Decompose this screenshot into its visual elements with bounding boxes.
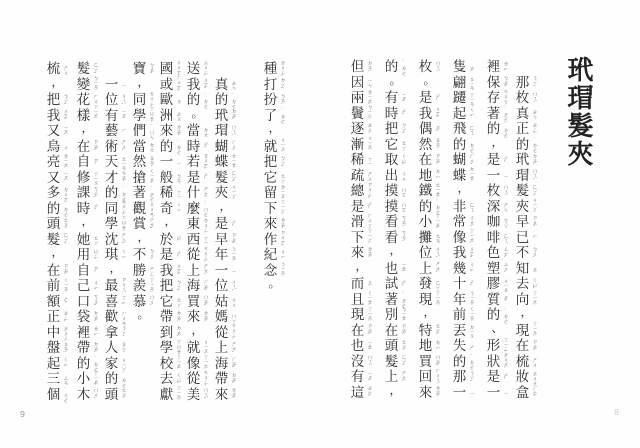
zhuyin-annotation: ㄎㄡˇ [91,295,99,311]
hanzi: 花 [76,93,91,109]
hanzi: 裡 [76,326,91,342]
char-cell: ， [46,248,72,264]
zhuyin-annotation: ㄕˊ [399,109,407,120]
hanzi: 存 [486,91,501,107]
zhuyin-annotation: ㄗㄞˋ [433,153,441,169]
zhuyin-annotation: ㄓㄣ [530,109,538,119]
zhuyin-annotation: ˙ㄍㄜ [61,388,69,404]
text-column: 隻ㄓ翩ㄆㄧㄢ躚ㄒㄧㄢ起ㄑㄧˇ飛ㄈㄟ的˙ㄉㄜ蝴ㄏㄨˊ蝶ㄉㄧㄝˊ，非ㄈㄟ常ㄔㄤˊ像ㄒ… [452,60,478,401]
char-cell: 頭ㄊㄡˊ [104,388,130,404]
zhuyin-annotation: ㄗㄞˋ [91,140,99,156]
hanzi: 那 [452,370,467,386]
hanzi: 著 [486,107,501,123]
hanzi: 帶 [76,341,91,357]
hanzi: 修 [76,171,91,187]
hanzi: 同 [104,202,119,218]
zhuyin-annotation: ㄉㄞˋ [91,310,99,326]
hanzi: 的 [214,93,229,109]
hanzi: 又 [46,124,61,140]
hanzi: 從 [186,372,201,388]
hanzi: 天 [104,155,119,171]
hanzi: 質 [486,293,501,309]
hanzi: 是 [350,200,365,216]
hanzi: 前 [452,308,467,324]
char-cell: ， [132,233,158,249]
zhuyin-annotation: ㄨㄟˋ [433,246,441,262]
hanzi: 幾 [452,262,467,278]
hanzi: ， [490,135,505,151]
hanzi: ， [519,305,534,321]
char-cell: 也ㄧㄝˇ [384,262,410,278]
char-cell: 歐ㄡ [159,93,185,109]
zhuyin-annotation: ㄓㄥˋ [530,122,538,138]
hanzi: 術 [104,140,119,156]
hanzi: 咖 [486,215,501,231]
char-cell: 從ㄘㄨㄥˊ [186,372,212,388]
hanzi: 一 [452,386,467,402]
char-cell: 用ㄩㄥˋ [76,248,102,264]
hanzi: 最 [104,279,119,295]
hanzi: 買 [186,295,201,311]
char-cell: 的˙ㄉㄜ [515,138,541,154]
zhuyin-annotation: ˙ㄉㄜ [467,138,475,154]
char-cell: 是ㄕˋ [486,370,512,386]
zhuyin-annotation: ㄅㄚˇ [278,155,286,171]
hanzi: 這 [350,386,365,402]
hanzi: 在 [46,264,61,280]
char-cell: 那ㄋㄚˋ [452,370,478,386]
hanzi: 。 [136,307,151,323]
hanzi: 形 [486,339,501,355]
char-cell: 在ㄗㄞˋ [350,324,376,340]
zhuyin-annotation: ㄅㄨˊ [147,248,155,264]
hanzi: ， [163,214,178,230]
hanzi: 來 [418,386,433,402]
hanzi: 或 [159,78,174,94]
char-cell: 羨ㄒㄧㄢˋ [132,279,158,295]
char-cell: 木ㄇㄨˋ [76,388,102,404]
hanzi: 校 [159,357,174,373]
hanzi: 去 [159,372,174,388]
zhuyin-annotation: ㄨㄟˋ [119,93,127,109]
hanzi: 就 [263,140,278,156]
char-cell: ， [76,124,102,140]
zhuyin-annotation: ㄜˊ [61,297,69,308]
hanzi: 獻 [159,388,174,404]
hanzi: 來 [214,388,229,404]
char-cell: 飛ㄈㄟ [452,122,478,138]
zhuyin-annotation: ㄎㄜˋ [91,186,99,202]
char-cell: 自ㄗˋ [76,155,102,171]
hanzi: 勝 [132,264,147,280]
char-cell: 啡ㄈㄟ [486,231,512,247]
hanzi: 自 [76,264,91,280]
hanzi: 的 [452,138,467,154]
zhuyin-annotation: ㄓㄥˋ [61,310,69,326]
zhuyin-annotation: ㄅㄢˋ [278,93,286,109]
zhuyin-annotation: ㄈㄟ [467,202,475,212]
hanzi: 從 [186,248,201,264]
zhuyin-annotation: ˙ㄓㄜ [147,186,155,202]
hanzi: 稀 [159,186,174,202]
zhuyin-annotation: ㄐㄧㄚ [119,357,127,371]
hanzi: 稀 [350,153,365,169]
hanzi: 作 [263,233,278,249]
zhuyin-annotation: ㄕㄣ [501,202,509,212]
hanzi: 的 [104,186,119,202]
char-cell: 妝ㄓㄨㄤ [515,370,541,386]
char-cell: 在ㄗㄞˋ [384,324,410,340]
hanzi: 姑 [214,295,229,311]
hanzi: 狀 [486,355,501,371]
char-cell: 。 [384,76,410,92]
zhuyin-annotation: ㄖㄣˊ [119,341,127,357]
zhuyin-annotation: ㄇㄟˊ [501,184,509,200]
zhuyin-annotation: ㄒㄧㄢ [467,92,475,106]
char-cell: 起ㄑㄧˇ [452,107,478,123]
hanzi: 是 [186,171,201,187]
char-cell: 亮ㄌㄧㄤˋ [46,155,72,171]
text-column: 梳ㄕㄨ，把ㄅㄚˇ我ㄨㄛˇ又ㄧㄡˋ烏ㄨ亮ㄌㄧㄤˋ又ㄧㄡˋ多ㄉㄨㄛ的˙ㄉㄜ頭ㄊㄡˊ髮… [46,62,72,403]
hanzi: 一 [486,169,501,185]
zhuyin-annotation: ㄕㄨ [530,357,538,367]
hanzi: 於 [159,233,174,249]
hanzi: 玳 [214,109,229,125]
char-cell: 個˙ㄍㄜ [46,388,72,404]
zhuyin-annotation: ㄇㄟˊ [365,355,373,371]
hanzi: 把 [46,93,61,109]
char-cell: 特ㄊㄜˋ [418,324,444,340]
hanzi: ， [136,75,151,91]
char-cell: 什ㄕㄜˊ [186,186,212,202]
zhuyin-annotation: ㄧㄡˇ [365,371,373,385]
hanzi: 的 [76,357,91,373]
hanzi: 、 [490,321,505,337]
char-cell: 玳ㄉㄞˋ [515,153,541,169]
zhuyin-annotation: ㄇㄟˋ [229,124,237,140]
hanzi: 把 [159,279,174,295]
hanzi: 她 [76,233,91,249]
hanzi: 年 [452,293,467,309]
char-cell: 一ㄧ [486,169,512,185]
hanzi: 小 [418,215,433,231]
hanzi: 真 [214,78,229,94]
zhuyin-annotation: ㄊㄡˊ [399,339,407,355]
hanzi: 躚 [452,91,467,107]
hanzi: 像 [452,231,467,247]
char-cell: 攤ㄊㄢ [418,231,444,247]
hanzi: 看 [384,215,399,231]
zhuyin-annotation: ㄗˋ [91,266,99,277]
text-column: 送ㄙㄨㄥˋ我ㄨㄛˇ的˙ㄉㄜ。當ㄉㄤ時ㄕˊ若ㄖㄨㄛˋ是ㄕˋ什ㄕㄜˊ麼˙ㄇㄜ東ㄉㄨㄥ… [186,62,212,403]
zhuyin-annotation: ˙ㄓㄜ [501,107,509,123]
zhuyin-annotation: ㄨ [61,145,69,150]
char-cell: 把ㄅㄚˇ [263,155,289,171]
char-cell: 海ㄏㄞˇ [214,357,240,373]
hanzi: 地 [418,339,433,355]
zhuyin-annotation: ㄩˊ [174,235,182,246]
char-cell: 早ㄗㄠˇ [515,215,541,231]
hanzi: 歡 [104,310,119,326]
zhuyin-annotation: ˙ㄇㄜ [201,202,209,218]
char-cell: 喜ㄒㄧˇ [104,295,130,311]
zhuyin-annotation: ㄅㄨˋ [530,246,538,262]
hanzi: 回 [418,370,433,386]
hanzi: 的 [515,138,530,154]
char-cell: 我ㄨㄛˇ [46,109,72,125]
zhuyin-annotation: ㄕˋ [433,94,441,105]
char-cell: 是ㄕˋ [159,248,185,264]
hanzi: 翩 [452,76,467,92]
char-cell: 漸ㄐㄧㄢˋ [350,138,376,154]
char-cell: 扮ㄅㄢˋ [263,93,289,109]
hanzi: 我 [452,246,467,262]
zhuyin-annotation: ㄊㄢ [433,233,441,243]
char-cell: 獻ㄒㄧㄢˋ [159,388,185,404]
char-cell: 前ㄑㄧㄢˊ [452,308,478,324]
hanzi: 在 [515,339,530,355]
zhuyin-annotation: ㄋㄚˋ [530,76,538,92]
zhuyin-annotation: ㄙㄜˋ [501,246,509,262]
hanzi: 那 [515,76,530,92]
hanzi: 逐 [350,122,365,138]
char-cell: ， [159,217,185,233]
char-cell: 們˙ㄇㄣ [132,124,158,140]
book-spread: 玳瑁髮夾 那ㄋㄚˋ枚ㄇㄟˊ真ㄓㄣ正ㄓㄥˋ的˙ㄉㄜ玳ㄉㄞˋ瑁ㄇㄟˋ髮ㄈㄚˇ夾ㄐㄧㄚ… [0,0,640,448]
zhuyin-annotation: ㄈㄚˇ [399,355,407,371]
text-column: 國ㄍㄨㄛˊ或ㄏㄨㄛˋ歐ㄡ洲ㄓㄡ來ㄌㄞˊ的˙ㄉㄜ一ㄧ般ㄅㄢ稀ㄒㄧ奇ㄑㄧˊ，於ㄩˊ是… [159,62,185,403]
hanzi: 它 [384,138,399,154]
hanzi: ， [388,383,403,399]
hanzi: 試 [384,277,399,293]
char-cell: 隻ㄓ [452,60,478,76]
char-cell: 我ㄨㄛˇ [418,107,444,123]
zhuyin-annotation: ㄉㄧㄡ [467,324,475,338]
hanzi: 什 [186,186,201,202]
char-cell: 額ㄜˊ [46,295,72,311]
char-cell: 正ㄓㄥˋ [46,310,72,326]
char-cell: 地ㄉㄧˋ [418,339,444,355]
zhuyin-annotation: ㄓˊ [501,295,509,306]
zhuyin-annotation: ㄅㄢ [174,173,182,183]
hanzi: 摸 [384,200,399,216]
zhuyin-annotation: ㄎㄢˋ [399,215,407,231]
hanzi: 一 [104,78,119,94]
char-cell: 的˙ㄉㄜ [452,355,478,371]
hanzi: 早 [515,215,530,231]
hanzi: 髮 [384,355,399,371]
zhuyin-annotation: ㄏㄞˇ [201,279,209,295]
hanzi: 從 [214,326,229,342]
zhuyin-annotation: ㄉㄚˇ [278,78,286,94]
zhuyin-annotation: ㄈㄟ [501,233,509,243]
char-cell: ， [486,138,512,154]
zhuyin-annotation: ㄕㄨ [61,65,69,75]
hanzi: 用 [76,248,91,264]
hanzi: 漸 [350,138,365,154]
char-cell: 它ㄊㄚ [159,295,185,311]
text-column: 那ㄋㄚˋ枚ㄇㄟˊ真ㄓㄣ正ㄓㄥˋ的˙ㄉㄜ玳ㄉㄞˋ瑁ㄇㄟˋ髮ㄈㄚˇ夾ㄐㄧㄚˊ早ㄗㄠˇ… [515,76,541,402]
char-cell: 是ㄕˋ [418,91,444,107]
char-cell: 位ㄨㄟˋ [104,93,130,109]
char-cell: 姑ㄍㄨ [214,295,240,311]
zhuyin-annotation: ㄧㄡˇ [399,92,407,106]
hanzi: 現 [350,308,365,324]
zhuyin-annotation: ㄊㄚ [278,173,286,183]
hanzi: 早 [214,233,229,249]
char-cell: 失ㄕ [452,339,478,355]
zhuyin-annotation: ㄨㄛˇ [467,246,475,262]
zhuyin-annotation: ㄒㄧ [201,236,209,245]
hanzi: 梳 [515,355,530,371]
char-cell: 不ㄅㄨˊ [132,248,158,264]
zhuyin-annotation: ㄅㄚˇ [399,122,407,138]
hanzi: 課 [76,186,91,202]
hanzi: 的 [46,202,61,218]
hanzi: 起 [46,357,61,373]
char-cell: 著˙ㄓㄜ [486,107,512,123]
hanzi: 出 [384,169,399,185]
char-cell: 梳ㄕㄨ [515,355,541,371]
zhuyin-annotation: ㄐㄧˇ [91,280,99,294]
hanzi: 個 [46,388,61,404]
zhuyin-annotation: ㄑㄩˇ [399,153,407,169]
hanzi: 一 [214,264,229,280]
char-cell: ， [452,184,478,200]
char-cell: 像ㄒㄧㄤˋ [452,231,478,247]
zhuyin-annotation: ㄓ [467,65,475,70]
zhuyin-annotation: ㄙㄨˋ [501,262,509,278]
hanzi: 國 [159,62,174,78]
char-cell: 口ㄎㄡˇ [76,295,102,311]
hanzi: 發 [418,277,433,293]
char-cell: 沈ㄕㄣˇ [104,233,130,249]
char-cell: 有ㄧㄡˇ [104,109,130,125]
char-cell: 袋ㄉㄞˋ [76,310,102,326]
hanzi: 們 [132,124,147,140]
char-cell: 翩ㄆㄧㄢ [452,76,478,92]
char-cell: 盒ㄏㄜˊ [515,386,541,402]
hanzi: 學 [104,217,119,233]
hanzi: 鐵 [418,184,433,200]
zhuyin-annotation: ㄏㄜˊ [530,386,538,402]
char-cell: 多ㄉㄨㄛ [46,186,72,202]
hanzi: 把 [384,122,399,138]
hanzi: 也 [384,262,399,278]
zhuyin-annotation: ㄧ [501,174,509,178]
hanzi: 一 [159,155,174,171]
hanzi: 沈 [104,233,119,249]
hanzi: 的 [452,355,467,371]
char-cell: 己ㄐㄧˇ [76,279,102,295]
char-cell: 著˙ㄓㄜ [132,186,158,202]
hanzi: ， [190,323,205,339]
char-cell: 前ㄑㄧㄢˊ [46,279,72,295]
hanzi: 是 [214,217,229,233]
text-column: 一ㄧ位ㄨㄟˋ有ㄧㄡˇ藝ㄧˋ術ㄕㄨˋ天ㄊㄧㄢ才ㄘㄞˊ的˙ㄉㄜ同ㄊㄨㄥˊ學ㄒㄩㄝˊ沈… [104,78,130,404]
char-cell: 的˙ㄉㄜ [452,138,478,154]
hanzi: 海 [186,279,201,295]
char-cell: 丟ㄉㄧㄡ [452,324,478,340]
zhuyin-annotation: ㄊㄡˊ [61,217,69,233]
char-cell: 來ㄌㄞˊ [159,124,185,140]
char-cell: 一ㄧ [159,155,185,171]
hanzi: 就 [186,341,201,357]
hanzi: 不 [132,248,147,264]
zhuyin-annotation: ㄊㄚ [399,140,407,150]
zhuyin-annotation: ㄊㄧㄢ [119,156,127,170]
hanzi: 是 [486,370,501,386]
char-cell: 正ㄓㄥˋ [515,122,541,138]
char-cell: 瑁ㄇㄟˋ [214,124,240,140]
hanzi: 別 [384,308,399,324]
zhuyin-annotation: ㄇㄟˇ [201,388,209,404]
char-cell: 又ㄧㄡˋ [46,171,72,187]
zhuyin-annotation: ㄉㄞˋ [91,341,99,357]
zhuyin-annotation: ㄖㄢˊ [433,138,441,154]
char-cell: 打ㄉㄚˇ [263,78,289,94]
zhuyin-annotation: ㄏㄞˇ [229,357,237,373]
zhuyin-annotation: ˙ㄉㄜ [119,372,127,388]
char-cell: 在ㄗㄞˋ [76,140,102,156]
zhuyin-annotation: ㄌㄧˇ [91,326,99,340]
char-cell: 從ㄘㄨㄥˊ [214,326,240,342]
zhuyin-annotation: ㄧㄡˋ [61,171,69,185]
zhuyin-annotation: ㄧˋ [119,127,127,136]
zhuyin-annotation: ㄗㄞˋ [399,324,407,340]
hanzi: 色 [486,246,501,262]
char-cell: 東ㄉㄨㄥ [186,217,212,233]
hanzi: 偶 [418,122,433,138]
hanzi: 我 [46,109,61,125]
char-cell: 咖ㄎㄚ [486,215,512,231]
hanzi: 然 [132,155,147,171]
hanzi: 膠 [486,277,501,293]
char-cell: 在ㄗㄞˋ [418,153,444,169]
hanzi: 下 [263,202,278,218]
char-cell: 作ㄗㄨㄛˋ [263,233,289,249]
zhuyin-annotation: ㄇㄞˇ [201,295,209,311]
zhuyin-annotation: ㄔㄨ [399,171,407,181]
char-cell: 看ㄎㄢˋ [384,215,410,231]
hanzi: 留 [263,186,278,202]
char-cell: 玳ㄉㄞˋ [214,109,240,125]
hanzi: 又 [46,171,61,187]
char-cell: 夾ㄐㄧㄚˊ [515,200,541,216]
hanzi: 髮 [214,171,229,187]
zhuyin-annotation: ㄧㄡˇ [119,109,127,123]
zhuyin-annotation: ㄕㄨˋ [119,140,127,156]
char-cell: 花ㄏㄨㄚ [76,93,102,109]
char-cell: 是ㄕˋ [214,217,240,233]
char-cell: 非ㄈㄟ [452,200,478,216]
zhuyin-annotation: ㄓㄡ [174,111,182,121]
char-cell: 現ㄒㄧㄢˋ [350,308,376,324]
hanzi: ， [108,261,123,277]
text-column: 枚ㄇㄟˊ。是ㄕˋ我ㄨㄛˇ偶ㄡˇ然ㄖㄢˊ在ㄗㄞˋ地ㄉㄧˋ鐵ㄊㄧㄝˇ的˙ㄉㄜ小ㄒㄧㄠ… [418,60,444,401]
hanzi: 盒 [515,386,530,402]
hanzi: 拿 [104,326,119,342]
zhuyin-annotation: ㄉㄞˋ [530,153,538,169]
char-cell: 那ㄋㄚˋ [515,76,541,92]
char-cell: 塑ㄙㄨˋ [486,262,512,278]
char-cell: 盤ㄆㄢˊ [46,341,72,357]
char-cell: 美ㄇㄟˇ [186,388,212,404]
hanzi: 著 [132,186,147,202]
zhuyin-annotation: ㄕ [467,344,475,349]
zhuyin-annotation: ㄕˊ [91,204,99,215]
hanzi: 買 [418,355,433,371]
